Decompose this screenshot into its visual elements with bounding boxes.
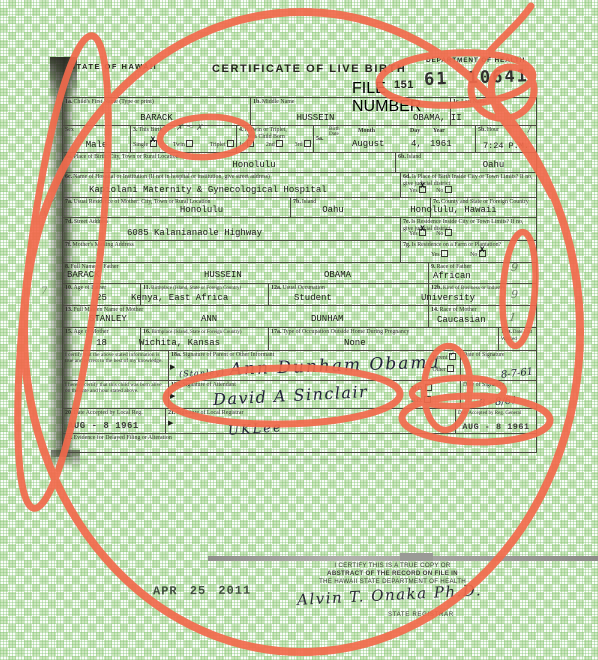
no-option: No (436, 186, 452, 195)
field-number: 7b. (293, 199, 301, 205)
field-9-father-race: 9.Race of Father African (429, 263, 536, 283)
certification-line: I CERTIFY THIS IS A TRUE COPY OR (300, 562, 485, 570)
field-number: 9. (431, 264, 436, 270)
field-number: 16. (143, 329, 151, 335)
checkbox-2nd (276, 140, 283, 147)
field-label: Date of Signature (463, 352, 505, 358)
field-number: 3. (133, 127, 138, 133)
local-date-stamp: AUG - 8 1961 (68, 422, 165, 432)
arrow-marker: ▶ (168, 420, 173, 427)
field-value: 25 (63, 294, 140, 304)
option-label: D.O. (411, 398, 422, 404)
option-label: Yes (431, 252, 440, 258)
field-label: Evidence for Delayed Filing or Alteratio… (74, 435, 172, 441)
certification-text: I hereby certify that this child was bor… (65, 382, 166, 395)
field-18-parent-certification: I certify that the above stated informat… (63, 351, 169, 380)
pencil-mark-9b: 9 (511, 288, 519, 301)
document-title: CERTIFICATE OF LIVE BIRTH (212, 63, 398, 75)
field-number: 6d. (403, 174, 411, 180)
field-17b-date-last-worked: 17b.Date Last Worked (499, 328, 536, 350)
field-number: 10. (65, 285, 73, 291)
field-label: Kind of Business or Industry (443, 285, 505, 291)
field-number: 7c. (433, 199, 440, 205)
father-first: BARACK (67, 271, 99, 281)
field-label: Age of Mother (74, 329, 109, 335)
field-number: 6c. (65, 174, 72, 180)
field-number: 4. (239, 127, 244, 133)
field-value: University (421, 294, 536, 304)
option-label: Twin (173, 142, 185, 148)
checkbox-1st (247, 140, 254, 147)
field-label: Age of Father (74, 285, 107, 291)
field-7e-res-inside-limits: 7e.Is Residence Inside City or Town Limi… (401, 218, 536, 240)
certification-line: ABSTRACT OF THE RECORD ON FILE IN (300, 570, 485, 578)
field-value: Male (63, 141, 130, 151)
option-label: Other (432, 367, 445, 373)
pencil-mark-check: ✓ (49, 196, 57, 206)
field-number: 7d. (65, 219, 73, 225)
field-label: Type of Occupation Outside Home During P… (283, 329, 410, 335)
field-7d-street-address: 7d.Street Address 6085 Kalanianaole High… (63, 218, 401, 240)
field-8-father-name: 8.Full Name of Father BARACK HUSSEIN OBA… (63, 263, 429, 283)
field-value: Caucasian (437, 316, 536, 326)
field-label: Date (329, 132, 340, 137)
do-option: D.O. (411, 396, 432, 405)
arrow-marker: ▶ (170, 364, 175, 371)
field-label: Is Place of Birth Inside City or Town Li… (412, 174, 518, 180)
field-label: Middle Name (262, 99, 295, 105)
field-number: 6a. (65, 154, 73, 160)
field-18a-parent-signature: 18a.Signature of Parent or Other Informa… (169, 351, 461, 380)
field-label: Signature of Local Registrar (177, 410, 244, 416)
field-7g-farm-plantation: 7g.Is Residence on a Farm or Plantation?… (401, 241, 536, 262)
field-value: None (344, 339, 498, 349)
field-22-date-accepted-general: Date Accepted by Reg. General AUG - 8 19… (456, 409, 536, 433)
field-6c-hospital: 6c.Name of Hospital or Institution (If n… (63, 173, 401, 197)
field-7c-county-state: 7c.County and State or Foreign Country H… (431, 198, 536, 217)
yes-option: Yes (431, 250, 448, 259)
date-filed-stamp: APR 25 2011 (153, 584, 251, 599)
checkbox-yes (441, 250, 448, 257)
field-number: 7f. (65, 242, 72, 248)
checkbox-twin (186, 140, 193, 147)
field-19a-attendant-signature: 19a.Signature of Attendant ▶ David A Sin… (169, 381, 461, 408)
option-label: 3rd (295, 142, 303, 148)
field-20-date-accepted-local: 20.Date Accepted by Local Reg. AUG - 8 1… (63, 409, 166, 433)
field-label: Is Residence Inside City or Town Limits? (411, 219, 509, 225)
option-1st: 1st (239, 140, 254, 149)
option-3rd: 3rd (295, 140, 311, 149)
field-6d-inside-limits: 6d.Is Place of Birth Inside City or Town… (401, 173, 536, 197)
month-header: Month (358, 128, 375, 135)
yes-option: Yes X (409, 186, 426, 195)
field-number: 11. (143, 285, 150, 291)
field-value: Kenya, East Africa (131, 294, 268, 304)
birth-year-value: 1961 (430, 140, 452, 150)
no-option: No X (470, 250, 486, 259)
arrow-marker: ▶ (170, 393, 175, 400)
field-5a-birth-date: 5a. Birth Date Month Day Year August 4, … (314, 126, 476, 152)
form-bottom-shadow-line (62, 459, 537, 460)
pencil-hour-slash: / (528, 125, 531, 135)
field-18b-date-of-signature: Date of Signature 8-7-61 (461, 351, 536, 380)
md-option: M.D. (411, 384, 432, 393)
checkbox-yes: X (419, 186, 426, 193)
field-value: Oahu (451, 161, 536, 171)
field-label: Place of Birth: City, Town or Rural Loca… (74, 154, 179, 160)
field-19b-date-of-signature: Date of Signature 8 - 8/61 (461, 381, 536, 408)
option-label: Triplet (210, 142, 226, 148)
option-single: Single X (133, 140, 157, 149)
field-number: 19a. (171, 382, 182, 388)
field-value: 7:24 P.M. (476, 142, 536, 151)
field-value: HUSSEIN (251, 114, 380, 124)
field-1a-child-first-name: 1a.Child's First Name (Type or print) BA… (63, 98, 251, 125)
field-label: Usual Occupation (283, 285, 325, 291)
checkbox-no (445, 186, 452, 193)
field-number: 12b. (431, 285, 442, 291)
field-19-attendant-certification: I hereby certify that this child was bor… (63, 381, 169, 408)
pencil-mark-7: 7 (41, 286, 47, 297)
field-number: 20. (65, 410, 73, 416)
state-registrar-role: STATE REGISTRAR (388, 611, 454, 618)
field-14-mother-race: 14.Race of Mother Caucasian (429, 306, 536, 327)
field-number: 5a. (316, 136, 324, 142)
yes-option: Yes X (409, 229, 426, 238)
informant-type-checkboxes: Parent ✓ Other (432, 353, 456, 374)
field-5b-hour: 5b.Hour 7:24 P.M. (476, 126, 536, 152)
field-label: Race of Mother (440, 307, 477, 313)
field-label: Island (302, 199, 316, 205)
field-number: 1b. (253, 99, 261, 105)
field-value: Honolulu (113, 206, 290, 216)
parent-option: Parent ✓ (432, 353, 456, 362)
pencil-mark-9a: 9 (510, 261, 518, 275)
field-value: 8 - 8/61 (479, 394, 537, 410)
field-label: County and State or Foreign Country (441, 199, 529, 205)
field-6b-island: 6b.Island Oahu (396, 153, 536, 172)
field-number: 21. (168, 410, 176, 416)
certification-text: I certify that the above stated informat… (65, 352, 166, 365)
field-label: Is Residence on a Farm or Plantation? (412, 242, 502, 248)
field-number: 23. (65, 435, 73, 441)
field-label: Full Maiden Name of Mother (74, 307, 144, 313)
field-number: 7a. (65, 199, 73, 205)
field-number: 7e. (403, 219, 410, 225)
field-label: Usual Residence of Mother: City, Town or… (74, 199, 211, 205)
field-number: 17a. (271, 329, 282, 335)
checkbox-single: X (150, 140, 157, 147)
option-label: No (470, 252, 477, 258)
field-label: Mother's Mailing Address (73, 242, 134, 248)
checkbox-3rd (304, 140, 311, 147)
field-17a-mother-occupation: 17a.Type of Occupation Outside Home Duri… (269, 328, 499, 350)
certificate-of-live-birth-photo: STATE OF HAWAII CERTIFICATE OF LIVE BIRT… (0, 0, 598, 660)
pencil-mark-y: y (43, 209, 48, 219)
file-number-stamp: 61 10641 (424, 66, 530, 90)
option-label: M.D. (411, 386, 423, 392)
mother-last: DUNHAM (311, 315, 343, 325)
field-number: 7g. (403, 242, 411, 248)
option-label: Yes (409, 188, 418, 194)
field-label: Hour (487, 127, 499, 133)
field-12b-father-industry: 12b.Kind of Business or Industry Univers… (429, 284, 536, 305)
option-label: Parent (432, 355, 447, 361)
field-number: 18a. (171, 352, 182, 358)
option-label: 1st (239, 142, 246, 148)
field-value: Oahu (291, 206, 375, 216)
field-number: 8. (65, 264, 70, 270)
field-label: Island (407, 154, 421, 160)
field-label: Birthplace (Island, State or Foreign Cou… (152, 330, 242, 335)
mother-first: STANLEY (89, 315, 127, 325)
field-value: 18 (63, 339, 140, 349)
option-label: No (436, 231, 443, 237)
birth-month-value: August (352, 140, 384, 150)
birth-day-value: 4, (411, 140, 422, 150)
field-label: Birthplace (Island, State or Foreign Cou… (151, 286, 241, 291)
checkbox-do (424, 396, 431, 403)
field-value: Honolulu, Hawaii (401, 206, 506, 216)
field-label: Date of Signature (463, 382, 505, 388)
checkbox-no: X (479, 250, 486, 257)
attendant-type-checkboxes: M.D. D.O. (411, 384, 432, 405)
option-triplet: Triplet (210, 140, 234, 149)
field-label: Race of Father (437, 264, 472, 270)
year-header: Year (433, 128, 445, 135)
field-4-twin-order: 4.If Twin or Triplet,Was Child Born 1st … (237, 126, 314, 152)
field-value: Honolulu (113, 161, 395, 171)
field-label: If Twin or Triplet, (245, 127, 287, 133)
pencil-birth-marks: ✗ 〜 ✗ (176, 122, 203, 133)
field-number: 1a. (65, 99, 73, 105)
state-label: STATE OF HAWAII (70, 62, 157, 71)
field-21-local-registrar-signature: 21.Signature of Local Registrar ▶ UKLee (166, 409, 456, 433)
mother-middle: ANN (201, 315, 217, 325)
field-number: 12a. (271, 285, 282, 291)
field-number: 13. (65, 307, 73, 313)
field-7f-mailing-address: 7f.Mother's Mailing Address (63, 241, 401, 262)
field-value: BARACK (63, 114, 250, 124)
field-number: 5b. (478, 127, 486, 133)
field-number: 15. (65, 329, 73, 335)
field-16-mother-birthplace: 16.Birthplace (Island, State or Foreign … (141, 328, 269, 350)
checkbox-other (447, 365, 454, 372)
option-2nd: 2nd (266, 140, 283, 149)
checkbox-triplet (227, 140, 234, 147)
field-number: 1c. (453, 99, 460, 105)
field-15-mother-age: 15.Age of Mother 18 (63, 328, 141, 350)
field-value: Kapiolani Maternity & Gynecological Hosp… (89, 186, 400, 196)
field-label: Full Name of Father (71, 264, 119, 270)
field-value: 8-7-61 (501, 366, 537, 381)
field-number: 6b. (398, 154, 406, 160)
field-13-mother-name: 13.Full Maiden Name of Mother STANLEY AN… (63, 306, 429, 327)
field-label: Signature of Parent or Other Informant (183, 352, 275, 358)
general-date-stamp: AUG - 8 1961 (456, 423, 536, 432)
field-label: Last Name (461, 99, 487, 105)
field-6a-place-of-birth: 6a.Place of Birth: City, Town or Rural L… (63, 153, 396, 172)
field-11-father-birthplace: 11.Birthplace (Island, State or Foreign … (141, 284, 269, 305)
field-number: 14. (431, 307, 439, 313)
field-10-father-age: 10.Age of Father 25 (63, 284, 141, 305)
field-label: Date Accepted by Local Reg. (74, 410, 143, 416)
field-value: Wichita, Kansas (139, 339, 268, 349)
field-label: Child's First Name (Type or print) (74, 99, 154, 105)
field-label: This Birth (139, 127, 163, 133)
father-last: OBAMA (324, 271, 351, 281)
no-option: No (436, 229, 452, 238)
field-number: 17b. (501, 329, 512, 335)
certificate-form: 1a.Child's First Name (Type or print) BA… (62, 97, 537, 453)
field-label: Date Accepted by Reg. General (458, 411, 521, 416)
checkbox-yes: X (419, 229, 426, 236)
file-number-value: 151 (394, 79, 414, 91)
department-label: DEPARTMENT OF HEALTH (426, 57, 525, 64)
option-twin: Twin (173, 140, 194, 149)
field-label: Sex (65, 127, 74, 133)
checkbox-parent: ✓ (449, 353, 456, 360)
day-header: Day (410, 128, 420, 135)
field-label: Street Address (74, 219, 108, 225)
field-value: Student (294, 294, 428, 304)
option-label: Yes (409, 231, 418, 237)
field-value: 6085 Kalanianaole Highway (127, 229, 400, 239)
field-23-evidence: 23.Evidence for Delayed Filing or Altera… (63, 434, 536, 454)
option-label: No (436, 188, 443, 194)
field-label: Signature of Attendant (183, 382, 236, 388)
option-label: Single (133, 142, 148, 148)
field-7a-residence: 7a.Usual Residence of Mother: City, Town… (63, 198, 291, 217)
field-value: African (433, 272, 536, 282)
other-option: Other (432, 365, 456, 374)
field-value: OBAMA, II (413, 114, 462, 124)
field-2-sex: Sex Male (63, 126, 131, 152)
signature-prefix: (Stanley) (179, 368, 225, 379)
father-middle: HUSSEIN (204, 271, 242, 281)
checkbox-no (445, 229, 452, 236)
option-label: 2nd (266, 142, 275, 148)
footer-gray-bar-notch (400, 553, 433, 561)
checkbox-md (425, 384, 432, 391)
field-12a-father-occupation: 12a.Usual Occupation Student (269, 284, 429, 305)
field-1c-last-name: 1c.Last Name OBAMA, II (451, 98, 536, 125)
field-label: Name of Hospital or Institution (If not … (73, 174, 270, 180)
